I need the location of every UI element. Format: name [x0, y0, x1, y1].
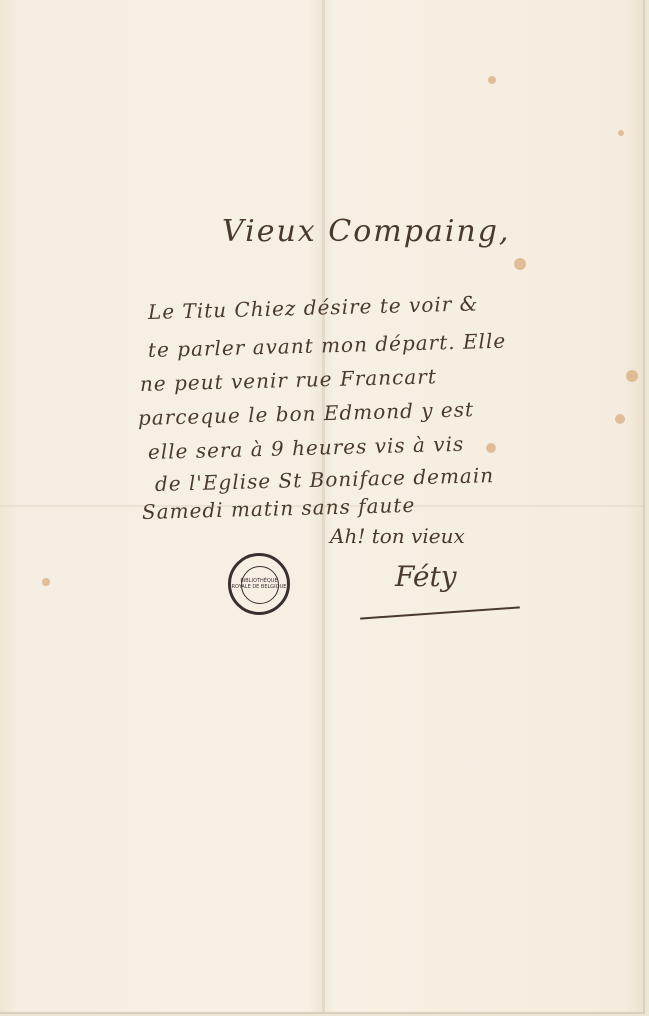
foxing-spot — [514, 258, 526, 270]
body-line: ne peut venir rue Francart — [140, 364, 437, 396]
foxing-spot — [618, 130, 624, 136]
body-line: Le Titu Chiez désire te voir & — [148, 291, 479, 324]
body-line: elle sera à 9 heures vis à vis — [148, 432, 465, 464]
signature-flourish — [360, 606, 520, 619]
body-line: Samedi matin sans faute — [142, 493, 416, 524]
letter-paper: Vieux Compaing, Le Titu Chiez désire te … — [0, 0, 645, 1014]
foxing-spot — [42, 578, 50, 586]
body-line: te parler avant mon départ. Elle — [148, 329, 507, 362]
foxing-spot — [615, 414, 625, 424]
stamp-text: BIBLIOTHÈQUE ROYALE DE BELGIQUE — [231, 578, 287, 590]
signature: Féty — [395, 560, 457, 593]
library-stamp: BIBLIOTHÈQUE ROYALE DE BELGIQUE — [228, 553, 290, 615]
body-line: de l'Eglise St Boniface demain — [155, 463, 495, 496]
foxing-spot — [488, 76, 496, 84]
foxing-spot — [626, 370, 638, 382]
body-line: parceque le bon Edmond y est — [138, 397, 475, 430]
closing: Ah! ton vieux — [330, 524, 465, 548]
foxing-spot — [486, 443, 496, 453]
salutation: Vieux Compaing, — [222, 214, 510, 249]
